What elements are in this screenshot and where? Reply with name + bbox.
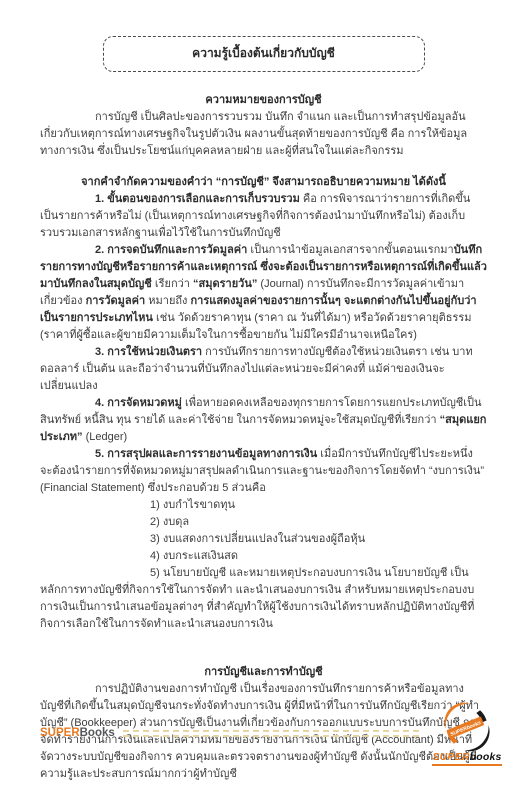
text-run: หมายถึง — [145, 295, 190, 307]
footer-brand-super: SUPER — [40, 727, 80, 739]
paragraph: 1. ขั้นตอนของการเลือกและการเก็บรวบรวม คื… — [40, 191, 487, 242]
page-title: ความรู้เบื้องต้นเกี่ยวกับบัญชี — [103, 36, 425, 72]
text-run: เรียกว่า — [152, 278, 193, 290]
bold-text-run: 1. ขั้นตอนของการเลือกและการเก็บรวบรวม — [95, 193, 300, 205]
footer-brand: SUPERBooks — [40, 727, 115, 739]
sub-list-item: 2) งบดุล — [150, 514, 487, 531]
superbooks-swoosh-icon: SUPERbooks — [439, 699, 495, 755]
text-run: (Ledger) — [83, 431, 128, 443]
bold-text-run: 2. การจดบันทึกและการวัดมูลค่า — [95, 244, 247, 256]
document-page: ความรู้เบื้องต้นเกี่ยวกับบัญชี ความหมายข… — [0, 0, 526, 788]
section-heading: การบัญชีและการทำบัญชี — [40, 664, 487, 681]
sub-list-item: 4) งบกระแสเงินสด — [150, 548, 487, 565]
publisher-logo: SUPERbooks SUPERbooks — [428, 699, 506, 766]
text-run: 1) งบกำไรขาดทุน — [150, 499, 235, 511]
section-heading: ความหมายของการบัญชี — [40, 92, 487, 109]
sub-list-item: 3) งบแสดงการเปลี่ยนแปลงในส่วนของผู้ถือหุ… — [150, 531, 487, 548]
text-run: 3) งบแสดงการเปลี่ยนแปลงในส่วนของผู้ถือหุ… — [150, 533, 365, 545]
sub-list-item: 1) งบกำไรขาดทุน — [150, 497, 487, 514]
bold-text-run: 3. การใช้หน่วยเงินตรา — [95, 346, 202, 358]
bold-text-run: “สมุดรายวัน” — [193, 278, 257, 290]
text-run: เป็นการนำข้อมูลเอกสารจากขั้นตอนแรกมา — [247, 244, 453, 256]
text-run: 4) งบกระแสเงินสด — [150, 550, 238, 562]
footer-brand-books: Books — [80, 727, 115, 739]
paragraph: 3. การใช้หน่วยเงินตรา การบันทึกรายการทาง… — [40, 344, 487, 395]
document-body: ความหมายของการบัญชีการบัญชี เป็นศิลปะของ… — [40, 92, 487, 783]
bold-text-run: 4. การจัดหมวดหมู่ — [95, 397, 182, 409]
page-footer: SUPERBooks SUPERbooks SUPERbooks — [40, 699, 506, 766]
logo-wordmark-books: books — [470, 751, 502, 763]
text-run: 5) นโยบายบัญชี และหมายเหตุประกอบงบการเงิ… — [40, 567, 474, 630]
logo-wordmark: SUPERbooks — [432, 751, 501, 766]
bold-text-run: การวัดมูลค่า — [86, 295, 146, 307]
text-run: การบัญชี เป็นศิลปะของการรวบรวม บันทึก จำ… — [40, 111, 467, 157]
paragraph: การบัญชี เป็นศิลปะของการรวบรวม บันทึก จำ… — [40, 109, 487, 160]
footer-divider — [123, 729, 420, 737]
logo-wordmark-super: SUPER — [432, 751, 469, 763]
bold-text-run: 5. การสรุปผลและการรายงานข้อมูลทางการเงิน — [95, 448, 317, 460]
paragraph: 5. การสรุปผลและการรายงานข้อมูลทางการเงิน… — [40, 446, 487, 497]
paragraph: 4. การจัดหมวดหมู่ เพื่อหายอดคงเหลือของทุ… — [40, 395, 487, 446]
paragraph: 2. การจดบันทึกและการวัดมูลค่า เป็นการนำข… — [40, 242, 487, 344]
text-run: 2) งบดุล — [150, 516, 189, 528]
section-heading: จากคำจำกัดความของคำว่า “การบัญชี” จึงสาม… — [40, 174, 487, 191]
paragraph: 5) นโยบายบัญชี และหมายเหตุประกอบงบการเงิ… — [40, 565, 487, 633]
